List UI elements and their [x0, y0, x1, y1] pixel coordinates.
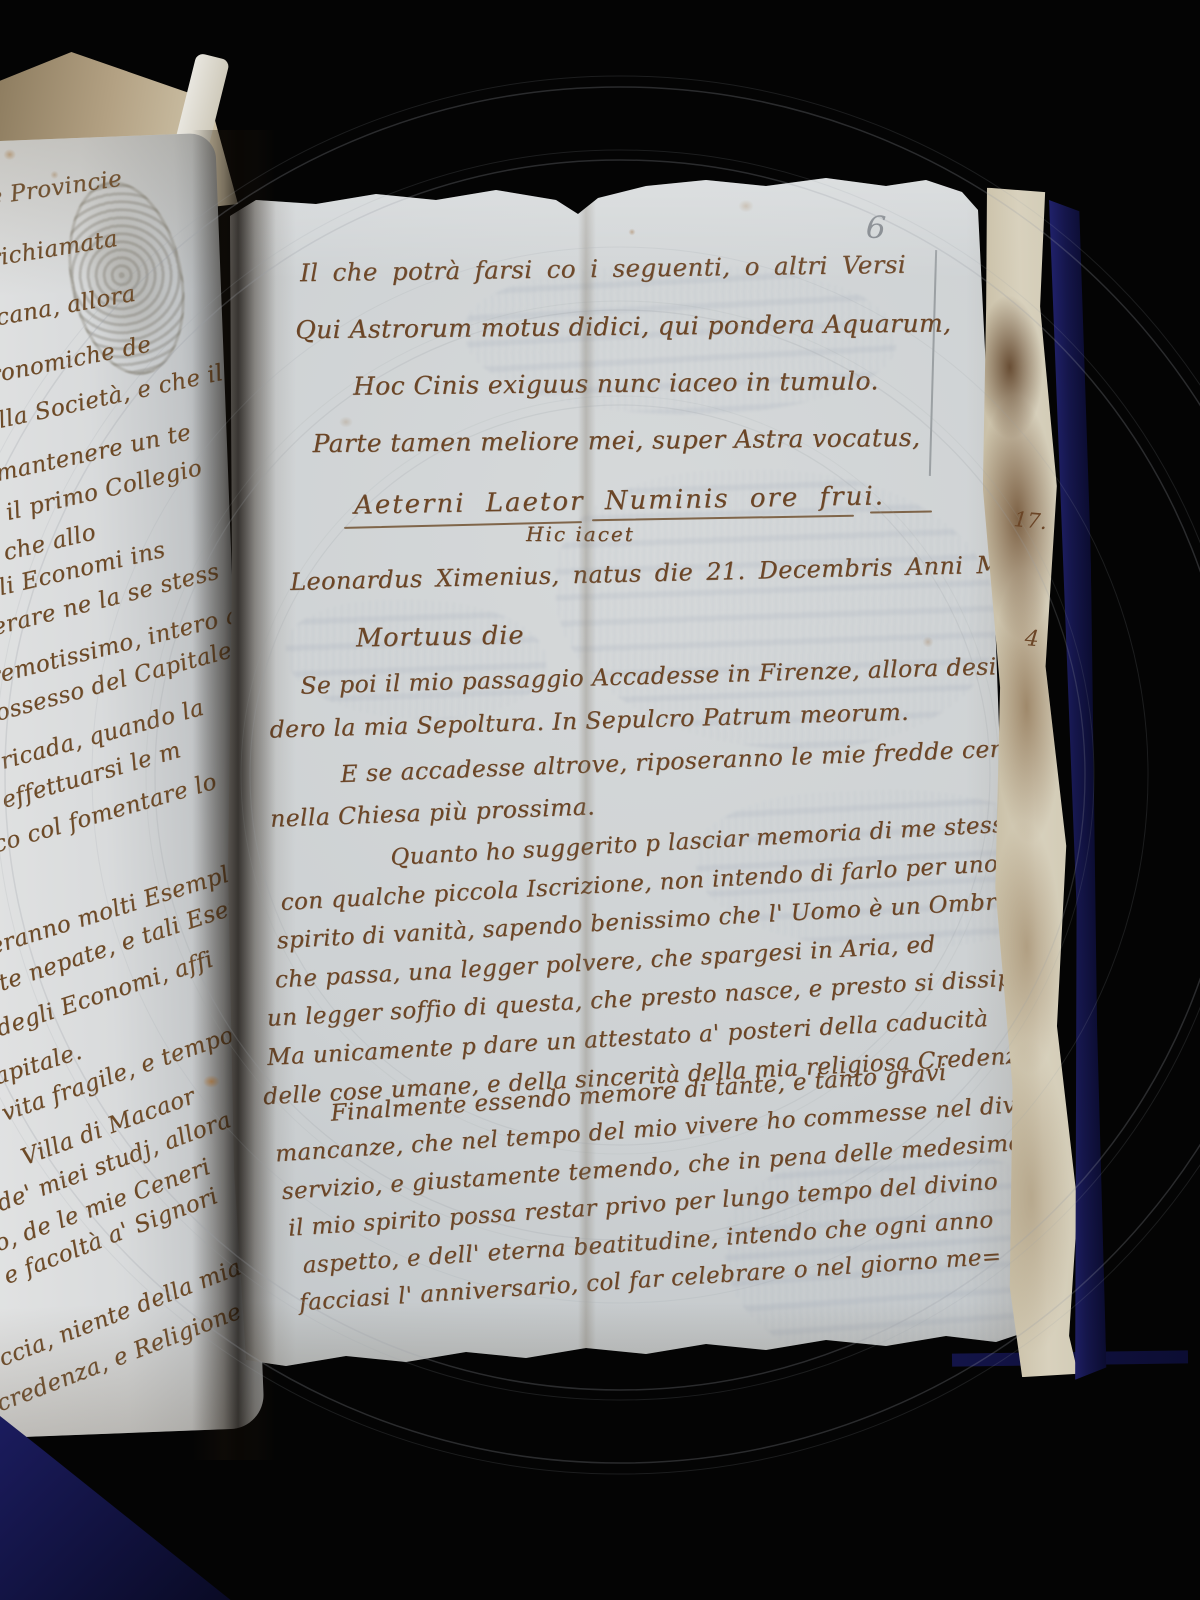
margin-note-upper: 17. [1013, 507, 1049, 534]
cover-bottom-left-corner [0, 1416, 262, 1600]
manuscript-photograph: lle Provincierichiamataoscana, allorastr… [0, 0, 1200, 1600]
margin-note-lower: 4 [1024, 626, 1040, 652]
left-page: lle Provincierichiamataoscana, allorastr… [0, 133, 265, 1440]
page-shading [226, 170, 1056, 1382]
right-page: 6 Il che potrà farsi co i seguenti, o al… [226, 170, 1056, 1382]
page-shading [0, 133, 265, 1440]
